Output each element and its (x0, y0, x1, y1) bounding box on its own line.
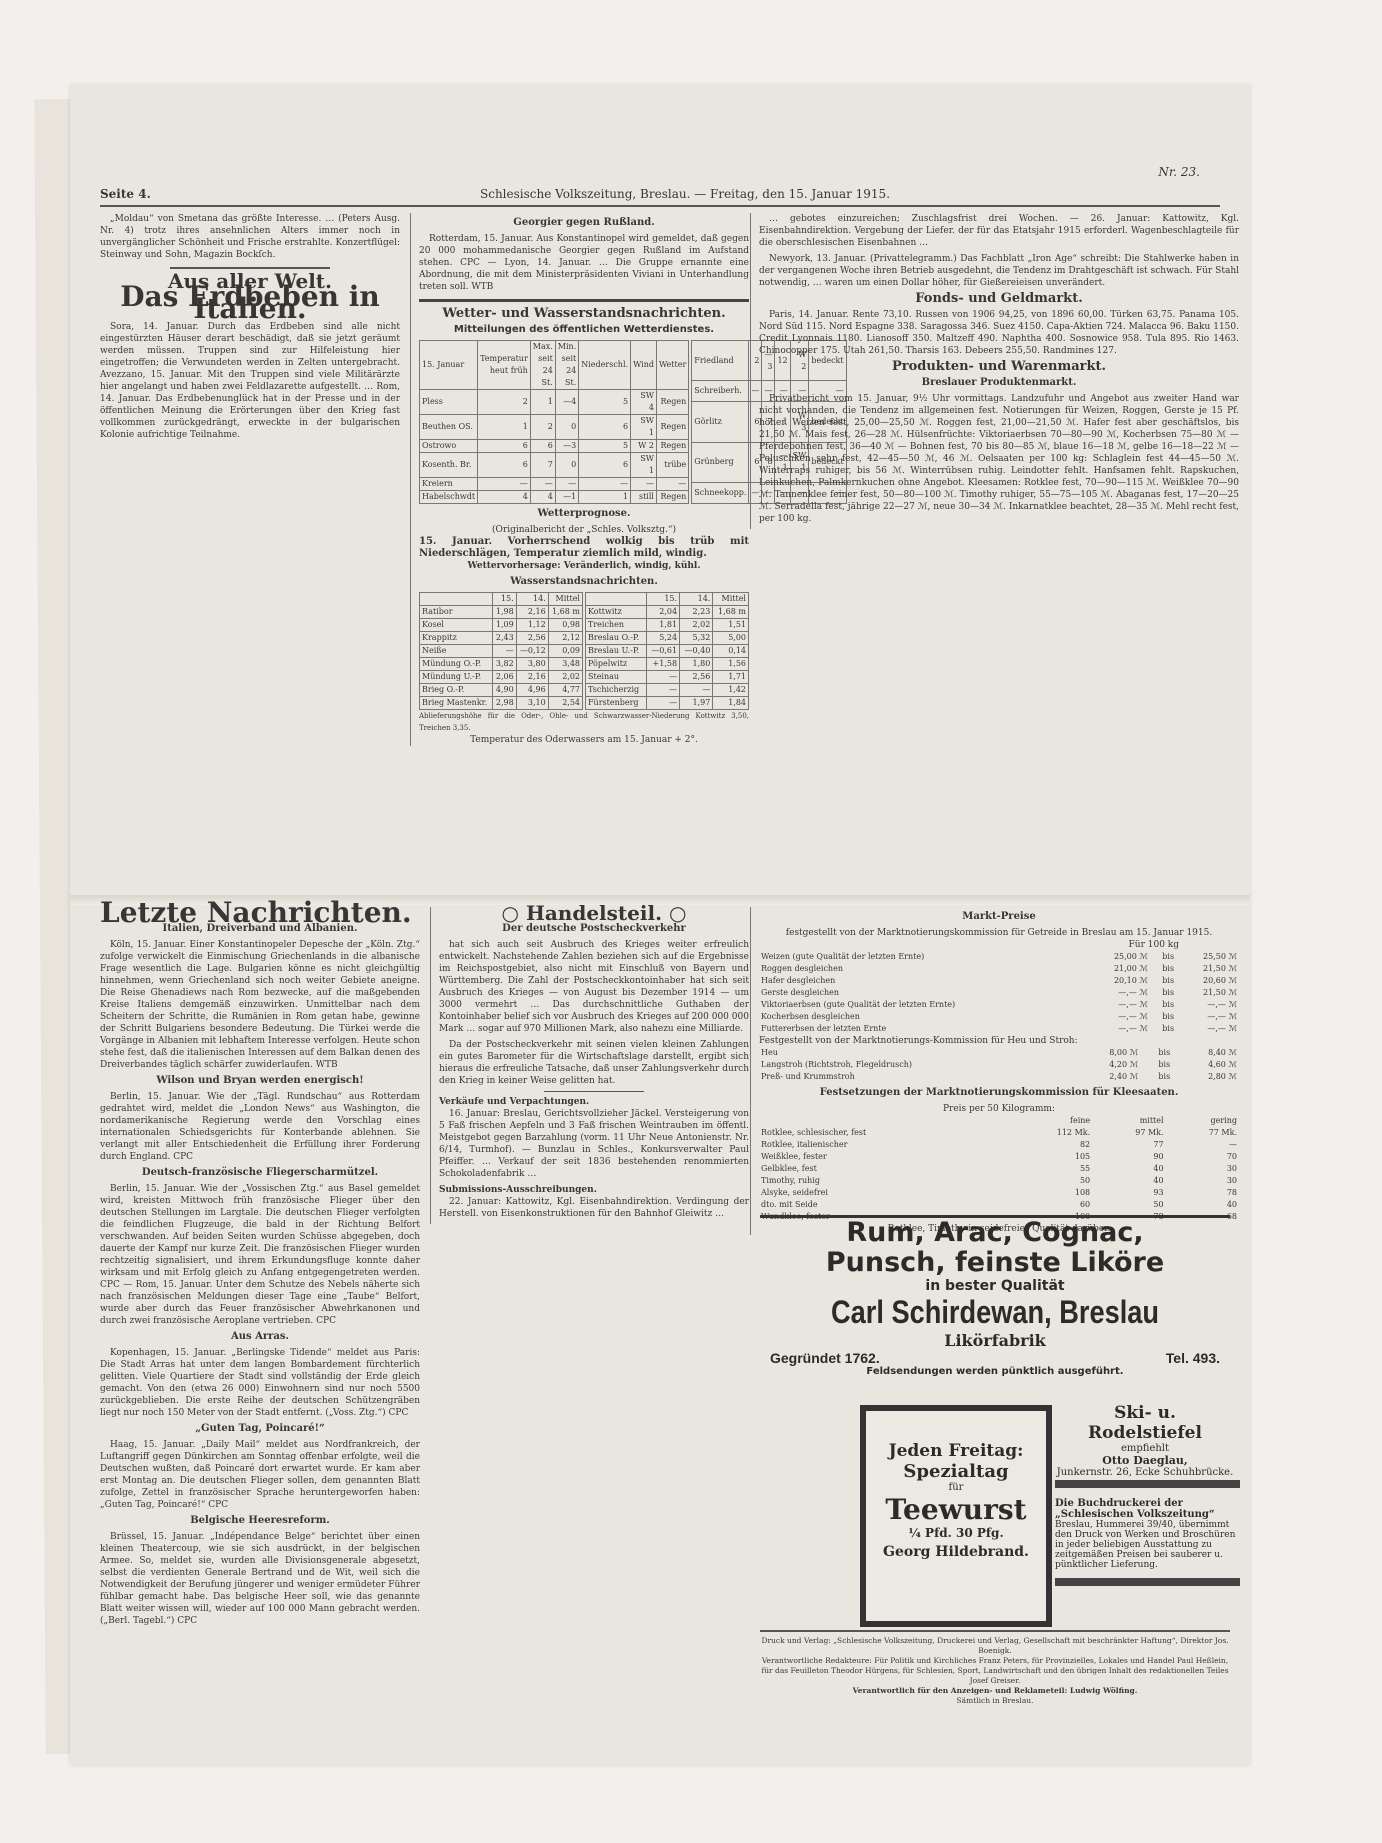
headline-earthquake: Das Erdbeben in Italien. (100, 291, 400, 315)
oder-temperature: Temperatur des Oderwassers am 15. Januar… (419, 734, 749, 746)
subheading-belgian: Belgische Heeresreform. (100, 1515, 420, 1527)
hay-title: Festgestellt von der Marktnotierungs-Kom… (759, 1035, 1239, 1047)
table-row: Beuthen OS.1206SW 1Regen (420, 415, 689, 440)
article-submissions: 22. Januar: Kattowitz, Kgl. Eisenbahndir… (439, 1196, 749, 1220)
submissions-text: … gebotes einzureichen; Zuschlagsfrist d… (759, 213, 1239, 249)
ad-liquor: Rum, Arac, Cognac, Punsch, feinste Likör… (760, 1215, 1230, 1398)
table-row: Kreiern—————— (420, 478, 689, 491)
table-row: Tschicherzig——1,42 (586, 684, 749, 697)
imprint-line4: Sämtlich in Breslau. (760, 1696, 1230, 1706)
imprint-line3: Verantwortlich für den Anzeigen- und Rek… (760, 1686, 1230, 1696)
ad-boots: Ski- u. Rodelstiefel empfiehlt Otto Daeg… (1055, 1403, 1235, 1478)
subheading-poincare: „Guten Tag, Poincaré!“ (100, 1423, 420, 1435)
clover-prices-table: feine mittel gering Rotklee, schlesische… (759, 1115, 1239, 1223)
forecast-text: 15. Januar. Vorherrschend wolkig bis trü… (419, 536, 749, 560)
headline-handelsteil: ○ Handelsteil. ○ (439, 907, 749, 919)
table-row: Timothy, ruhig504030 (759, 1175, 1239, 1187)
clover-unit: Preis per 50 Kilogramm: (759, 1103, 1239, 1115)
ad-boots-sub: empfiehlt (1055, 1443, 1235, 1454)
table-row: Kottwitz2,042,231,68 m (586, 606, 749, 619)
table-row: Pless21—45SW 4Regen (420, 390, 689, 415)
paper-title: Schlesische Volkszeitung, Breslau. — Fre… (480, 187, 890, 201)
ad-liquor-line2: Punsch, feinste Liköre (760, 1248, 1230, 1278)
ad-liquor-line1: Rum, Arac, Cognac, (760, 1218, 1230, 1248)
subheading-sales: Verkäufe und Verpachtungen. (439, 1096, 749, 1108)
produkt-title: Produkten- und Warenmarkt. (759, 361, 1239, 373)
table-row: Fürstenberg—1,971,84 (586, 697, 749, 710)
water-table-right: 15. 14. Mittel Kottwitz2,042,231,68 mTre… (585, 592, 749, 710)
market-title: Markt-Preise (759, 911, 1239, 923)
masthead: Seite 4. Schlesische Volkszeitung, Bresl… (100, 165, 1220, 207)
column-1: „Moldau“ von Smetana das größte Interess… (100, 213, 400, 445)
weather-table-left: 15. Januar Temperatur heut früh Max. sei… (419, 340, 689, 504)
table-row: Roggen desgleichen21,00 ℳbis21,50 ℳ (759, 963, 1239, 975)
table-row: Habelschwdt44—11stillRegen (420, 491, 689, 504)
article-albania: Köln, 15. Januar. Einer Konstantinopeler… (100, 939, 420, 1071)
fonds-title: Fonds- und Geldmarkt. (759, 293, 1239, 305)
table-row: Alsyke, seidefrei1089378 (759, 1187, 1239, 1199)
table-row: Weizen (gute Qualität der letzten Ernte)… (759, 951, 1239, 963)
newyork-report: Newyork, 13. Januar. (Privattelegramm.) … (759, 253, 1239, 289)
table-row: Kosenth. Br.6706SW 1trübe (420, 453, 689, 478)
forecast-outlook: Wettervorhersage: Veränderlich, windig, … (419, 560, 749, 572)
produkt-text: Privatbericht vom 15. Januar, 9½ Uhr vor… (759, 393, 1239, 525)
clover-title: Festsetzungen der Marktnotierungskommiss… (759, 1087, 1239, 1099)
table-row: Rotklee, italienischer8277— (759, 1139, 1239, 1151)
ad-teewurst: Jeden Freitag: Spezialtag für Teewurst ¼… (860, 1405, 1052, 1627)
headline-latest-news: Letzte Nachrichten. (100, 907, 420, 919)
article-sales: 16. Januar: Breslau, Gerichtsvollzieher … (439, 1108, 749, 1180)
weather-title: Wetter- und Wasserstandsnachrichten. (419, 308, 749, 320)
article-poincare: Haag, 15. Januar. „Daily Mail“ meldet au… (100, 1439, 420, 1511)
water-note: Ablieferungshöhe für die Oder-, Ohle- un… (419, 710, 749, 734)
music-review-text: „Moldau“ von Smetana das größte Interess… (100, 213, 400, 261)
table-row: Breslau U.-P.—0,61—0,400,14 (586, 645, 749, 658)
forecast-source: (Originalbericht der „Schles. Volksztg.“… (419, 524, 749, 536)
grain-prices-table: Weizen (gute Qualität der letzten Ernte)… (759, 951, 1239, 1035)
ad-liquor-type: Likörfabrik (760, 1331, 1230, 1350)
ad-boots-name: Otto Daeglau, (1055, 1454, 1235, 1467)
table-row: Steinau—2,561,71 (586, 671, 749, 684)
table-row: Weißklee, fester1059070 (759, 1151, 1239, 1163)
divider (544, 1091, 644, 1092)
newspaper-page: Seite 4. Schlesische Volkszeitung, Bresl… (70, 85, 1250, 1765)
ad-teewurst-l3: für (866, 1482, 1046, 1493)
forecast-title: Wetterprognose. (419, 508, 749, 520)
table-row: Pöpelwitz+1,581,801,56 (586, 658, 749, 671)
table-row: Gelbklee, fest554030 (759, 1163, 1239, 1175)
ad-teewurst-l1: Jeden Freitag: (866, 1441, 1046, 1461)
imprint-line2: Verantwortliche Redakteure: Für Politik … (760, 1656, 1230, 1686)
subheading-wilson: Wilson und Bryan werden energisch! (100, 1075, 420, 1087)
article-wilson: Berlin, 15. Januar. Wie der „Tägl. Runds… (100, 1091, 420, 1163)
table-row: Ratibor1,982,161,68 m (420, 606, 583, 619)
produkt-subtitle: Breslauer Produktenmarkt. (759, 377, 1239, 389)
ad-teewurst-l5: ¼ Pfd. 30 Pfg. (866, 1526, 1046, 1540)
ad-teewurst-l2: Spezialtag (866, 1461, 1046, 1482)
article-postscheck-2: Da der Postscheckverkehr mit seinen viel… (439, 1039, 749, 1087)
table-row: Preß- und Krummstroh2,40 ℳbis2,80 ℳ (759, 1071, 1239, 1083)
table-row: Ostrowo66—35W 2Regen (420, 440, 689, 453)
issue-number: Nr. 23. (1158, 165, 1200, 179)
article-belgian: Brüssel, 15. Januar. „Indépendance Belge… (100, 1531, 420, 1627)
ad-teewurst-l6: Georg Hildebrand. (866, 1544, 1046, 1560)
ad-liquor-founded: Gegründet 1762. (770, 1350, 880, 1366)
table-row: Breslau O.-P.5,245,325,00 (586, 632, 749, 645)
table-row: Neiße——0,120,09 (420, 645, 583, 658)
ad-teewurst-l4: Teewurst (866, 1493, 1046, 1526)
earthquake-article: Sora, 14. Januar. Durch das Erdbeben sin… (100, 321, 400, 441)
ad-liquor-tel: Tel. 493. (1166, 1350, 1220, 1366)
divider (419, 299, 749, 302)
table-row: Brieg Mastenkr.2,983,102,54 (420, 697, 583, 710)
table-row: Brieg O.-P.4,904,964,77 (420, 684, 583, 697)
subheading-flyers: Deutsch-französische Fliegerscharmützel. (100, 1167, 420, 1179)
imprint: Druck und Verlag: „Schlesische Volkszeit… (760, 1630, 1230, 1706)
market-unit: Für 100 kg (759, 939, 1239, 951)
market-subtitle: festgestellt von der Marktnotierungskomm… (759, 927, 1239, 939)
table-row: Krappitz2,432,562,12 (420, 632, 583, 645)
table-row: Mündung O.-P.3,823,803,48 (420, 658, 583, 671)
table-row: Mündung U.-P.2,062,162,02 (420, 671, 583, 684)
page-number: Seite 4. (100, 187, 151, 201)
table-row: Langstroh (Richtstroh, Flegeldrusch)4,20… (759, 1059, 1239, 1071)
water-table-left: 15. 14. Mittel Ratibor1,982,161,68 mKose… (419, 592, 583, 710)
subheading-postscheck: Der deutsche Postscheckverkehr (439, 923, 749, 935)
imprint-line1: Druck und Verlag: „Schlesische Volkszeit… (760, 1636, 1230, 1656)
column-2: Georgier gegen Rußland. Rotterdam, 15. J… (410, 213, 749, 746)
table-row: Heu8,00 ℳbis8,40 ℳ (759, 1047, 1239, 1059)
table-row: Treichen1,812,021,51 (586, 619, 749, 632)
ad-printer-body: Breslau, Hummerei 39/40, übernimmt den D… (1055, 1520, 1240, 1570)
subheading-arras: Aus Arras. (100, 1331, 420, 1343)
ad-liquor-company: Carl Schirdewan, Breslau (795, 1294, 1195, 1331)
table-row: Kocherbsen desgleichen—,— ℳbis—,— ℳ (759, 1011, 1239, 1023)
ad-printer-title: Die Buchdruckerei der „Schlesischen Volk… (1055, 1498, 1240, 1520)
column-latest-news: Letzte Nachrichten. Italien, Dreiverband… (100, 907, 420, 1631)
water-title: Wasserstandsnachrichten. (419, 576, 749, 588)
ad-liquor-line3: in bester Qualität (760, 1278, 1230, 1294)
headline-georgier: Georgier gegen Rußland. (419, 217, 749, 229)
article-postscheck: hat sich auch seit Ausbruch des Krieges … (439, 939, 749, 1035)
table-row: dto. mit Seide605040 (759, 1199, 1239, 1211)
market-prices: Markt-Preise festgestellt von der Marktn… (750, 907, 1239, 1235)
ad-boots-address: Junkernstr. 26, Ecke Schuhbrücke. (1055, 1467, 1235, 1478)
ad-printer: Die Buchdruckerei der „Schlesischen Volk… (1055, 1480, 1240, 1586)
table-row: Hafer desgleichen20,10 ℳbis20,60 ℳ (759, 975, 1239, 987)
table-row: Gerste desgleichen—,— ℳbis21,50 ℳ (759, 987, 1239, 999)
fonds-text: Paris, 14. Januar. Rente 73,10. Russen v… (759, 309, 1239, 357)
ad-boots-title: Ski- u. Rodelstiefel (1055, 1403, 1235, 1443)
table-row: Rotklee, schlesischer, fest112 Mk.97 Mk.… (759, 1127, 1239, 1139)
article-flyers: Berlin, 15. Januar. Wie der „Vossischen … (100, 1183, 420, 1327)
article-arras: Kopenhagen, 15. Januar. „Berlingske Tide… (100, 1347, 420, 1419)
hay-prices-table: Heu8,00 ℳbis8,40 ℳLangstroh (Richtstroh,… (759, 1047, 1239, 1083)
subheading-submissions: Submissions-Ausschreibungen. (439, 1184, 749, 1196)
column-handelsteil: ○ Handelsteil. ○ Der deutsche Postscheck… (430, 907, 749, 1224)
georgier-article: Rotterdam, 15. Januar. Aus Konstantinope… (419, 233, 749, 293)
table-row: Viktoriaerbsen (gute Qualität der letzte… (759, 999, 1239, 1011)
table-row: Kosel1,091,120,98 (420, 619, 583, 632)
column-3: … gebotes einzureichen; Zuschlagsfrist d… (750, 213, 1239, 529)
table-row: Futtererbsen der letzten Ernte—,— ℳbis—,… (759, 1023, 1239, 1035)
weather-subtitle: Mitteilungen des öffentlichen Wetterdien… (419, 324, 749, 336)
ad-liquor-note: Feldsendungen werden pünktlich ausgeführ… (760, 1366, 1230, 1377)
